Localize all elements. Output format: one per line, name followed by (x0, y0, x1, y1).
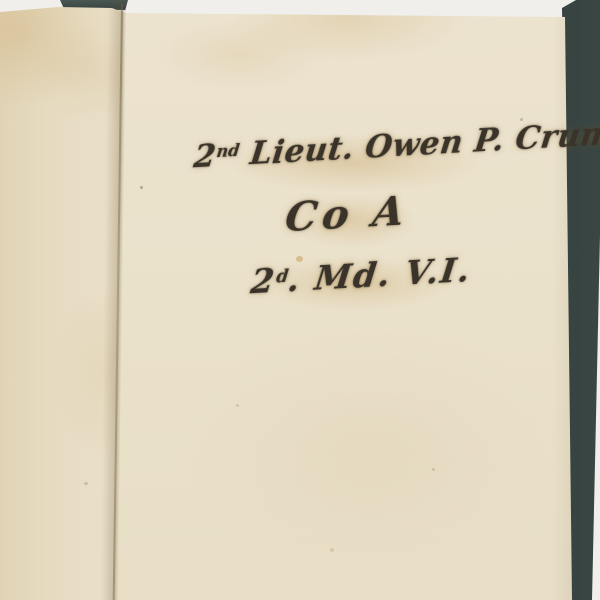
handwritten-inscription: 2nd Lieut. Owen P. Crum Co A 2d. Md. V.I… (185, 115, 536, 334)
inscription-line-1-number: 2 (192, 138, 218, 176)
inscription-line-3-number: 2 (249, 261, 279, 302)
inscription-line-2: Co A (283, 187, 412, 241)
inscription-line-3: 2d. Md. V.I. (249, 250, 474, 302)
inscription-line-2-text: Co A (283, 187, 412, 241)
inscription-line-3-text: . Md. V.I. (286, 250, 474, 300)
inscription-line-1-superscript: nd (215, 141, 240, 161)
book-photo: 2nd Lieut. Owen P. Crum Co A 2d. Md. V.I… (0, 0, 600, 600)
